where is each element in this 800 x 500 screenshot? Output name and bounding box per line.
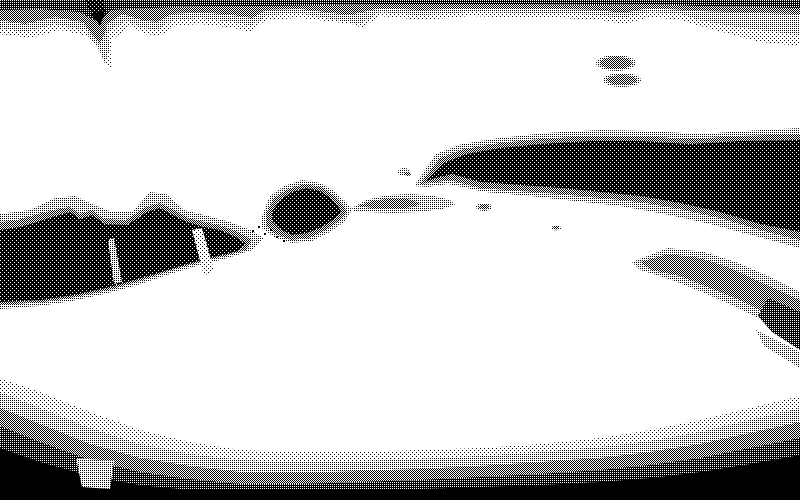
cloud-smudge-top bbox=[600, 57, 632, 69]
bottom-edge-strip bbox=[0, 490, 800, 500]
cloud-smudge-bottom bbox=[607, 75, 637, 85]
photo-frame: Hazy sky (dither gradient, denser at top… bbox=[0, 0, 800, 500]
tree-tip-speck bbox=[405, 172, 411, 176]
ground-speck-small bbox=[553, 227, 559, 230]
dithered-landscape-photo: Hazy sky (dither gradient, denser at top… bbox=[0, 0, 800, 500]
foreground-notch-dither bbox=[76, 458, 114, 489]
ground-speck bbox=[479, 205, 489, 210]
